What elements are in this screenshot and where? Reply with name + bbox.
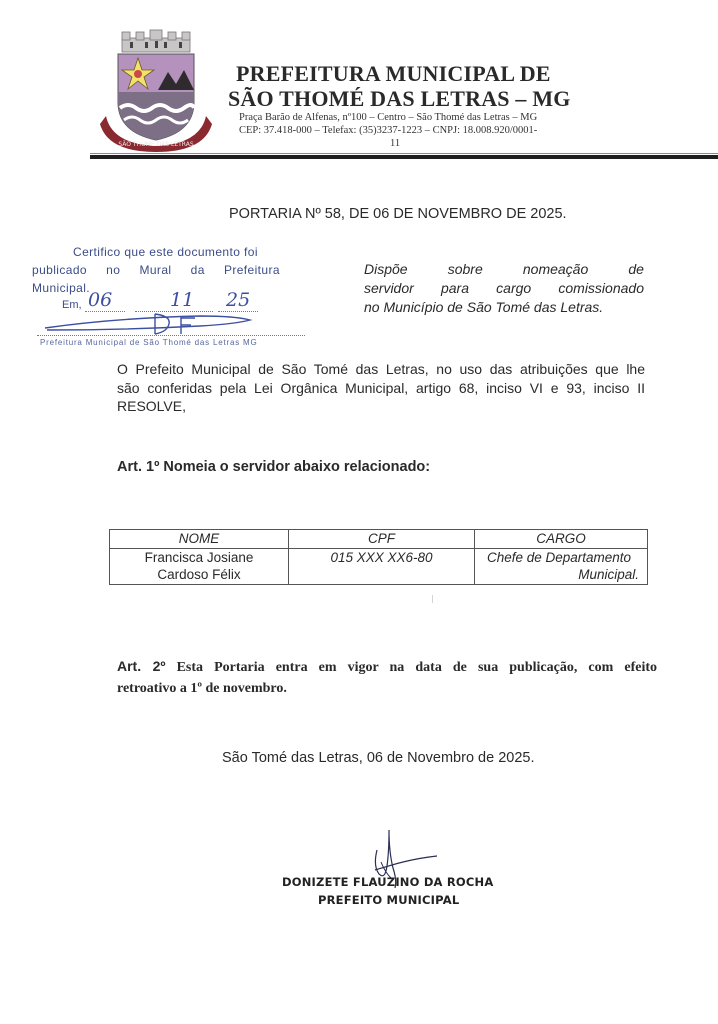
column-header-cargo: CARGO — [475, 530, 648, 549]
stamp-signature-line — [37, 335, 305, 336]
institution-title-line2: SÃO THOMÉ DAS LETRAS – MG — [228, 87, 571, 111]
ementa-word: de — [628, 260, 644, 279]
ementa-summary: Dispõe sobre nomeação de servidor para c… — [364, 260, 644, 317]
header-rule-thin — [90, 153, 718, 154]
nome-line2: Cardoso Félix — [114, 566, 284, 583]
ementa-word: cargo — [496, 279, 531, 298]
preamble-line3: RESOLVE, — [117, 397, 645, 416]
cargo-line1: Chefe de Departamento — [479, 549, 639, 566]
cargo-line2: Municipal. — [479, 566, 639, 583]
preamble-line2: são conferidas pela Lei Orgânica Municip… — [117, 379, 645, 398]
ementa-word: Dispõe — [364, 260, 408, 279]
preamble-line1: O Prefeito Municipal de São Tomé das Let… — [117, 360, 645, 379]
ementa-line2: servidor para cargo comissionado — [364, 279, 644, 298]
stamp-word: Mural — [139, 263, 171, 277]
ementa-word: servidor — [364, 279, 414, 298]
date-place-line: São Tomé das Letras, 06 de Novembro de 2… — [222, 750, 535, 766]
nome-line1: Francisca Josiane — [114, 549, 284, 566]
signer-name: DONIZETE FLAUZINO DA ROCHA — [282, 875, 493, 889]
ementa-line1: Dispõe sobre nomeação de — [364, 260, 644, 279]
address-line1: Praça Barão de Alfenas, nº100 – Centro –… — [239, 111, 537, 124]
svg-text:SÃO THOMÉ DAS LETRAS: SÃO THOMÉ DAS LETRAS — [118, 140, 193, 148]
art2-lead: Art. 2º — [117, 658, 165, 674]
institution-title-line1: PREFEITURA MUNICIPAL DE — [236, 62, 551, 86]
table-header-row: NOME CPF CARGO — [110, 530, 648, 549]
stamp-text-line1: Certifico que este documento foi — [73, 245, 258, 259]
ementa-line3: no Município de São Tomé das Letras. — [364, 298, 644, 317]
ementa-word: sobre — [448, 260, 483, 279]
article-2-paragraph: Art. 2º Esta Portaria entra em vigor na … — [117, 656, 657, 699]
ementa-word: nomeação — [523, 260, 588, 279]
article-1-heading: Art. 1º Nomeia o servidor abaixo relacio… — [117, 459, 430, 475]
stamp-word: Prefeitura — [224, 263, 280, 277]
cell-cpf: 015 XXX XX6-80 — [289, 549, 475, 585]
stamp-word: da — [191, 263, 205, 277]
address-line3: 11 — [390, 137, 400, 150]
appointee-table: NOME CPF CARGO Francisca Josiane Cardoso… — [109, 529, 648, 585]
address-line2: CEP: 37.418-000 – Telefax: (35)3237-1223… — [239, 124, 537, 137]
scan-artifact — [432, 595, 433, 603]
stamp-word: no — [106, 263, 120, 277]
header-rule-thick — [90, 155, 718, 159]
stamp-word: publicado — [32, 263, 87, 277]
stamp-text-line3: Municipal. — [32, 281, 90, 295]
preamble-paragraph: O Prefeito Municipal de São Tomé das Let… — [117, 360, 645, 416]
cell-nome: Francisca Josiane Cardoso Félix — [110, 549, 289, 585]
document-title: PORTARIA Nº 58, DE 06 DE NOVEMBRO DE 202… — [229, 206, 567, 222]
stamp-footer-text: Prefeitura Municipal de São Thomé das Le… — [40, 338, 258, 347]
art2-line1-text: Esta Portaria entra em vigor na data de … — [177, 660, 657, 675]
ementa-word: comissionado — [558, 279, 644, 298]
art2-line2: retroativo a 1º de novembro. — [117, 678, 657, 699]
ementa-word: para — [441, 279, 469, 298]
art2-line1: Art. 2º Esta Portaria entra em vigor na … — [117, 656, 657, 678]
stamp-text-line2: publicado no Mural da Prefeitura — [32, 263, 280, 277]
municipal-crest-logo: SÃO THOMÉ DAS LETRAS — [100, 28, 212, 152]
stamp-initials-signature — [35, 308, 295, 338]
signer-role: PREFEITO MUNICIPAL — [318, 893, 459, 907]
cell-cargo: Chefe de Departamento Municipal. — [475, 549, 648, 585]
column-header-nome: NOME — [110, 530, 289, 549]
table-row: Francisca Josiane Cardoso Félix 015 XXX … — [110, 549, 648, 585]
column-header-cpf: CPF — [289, 530, 475, 549]
